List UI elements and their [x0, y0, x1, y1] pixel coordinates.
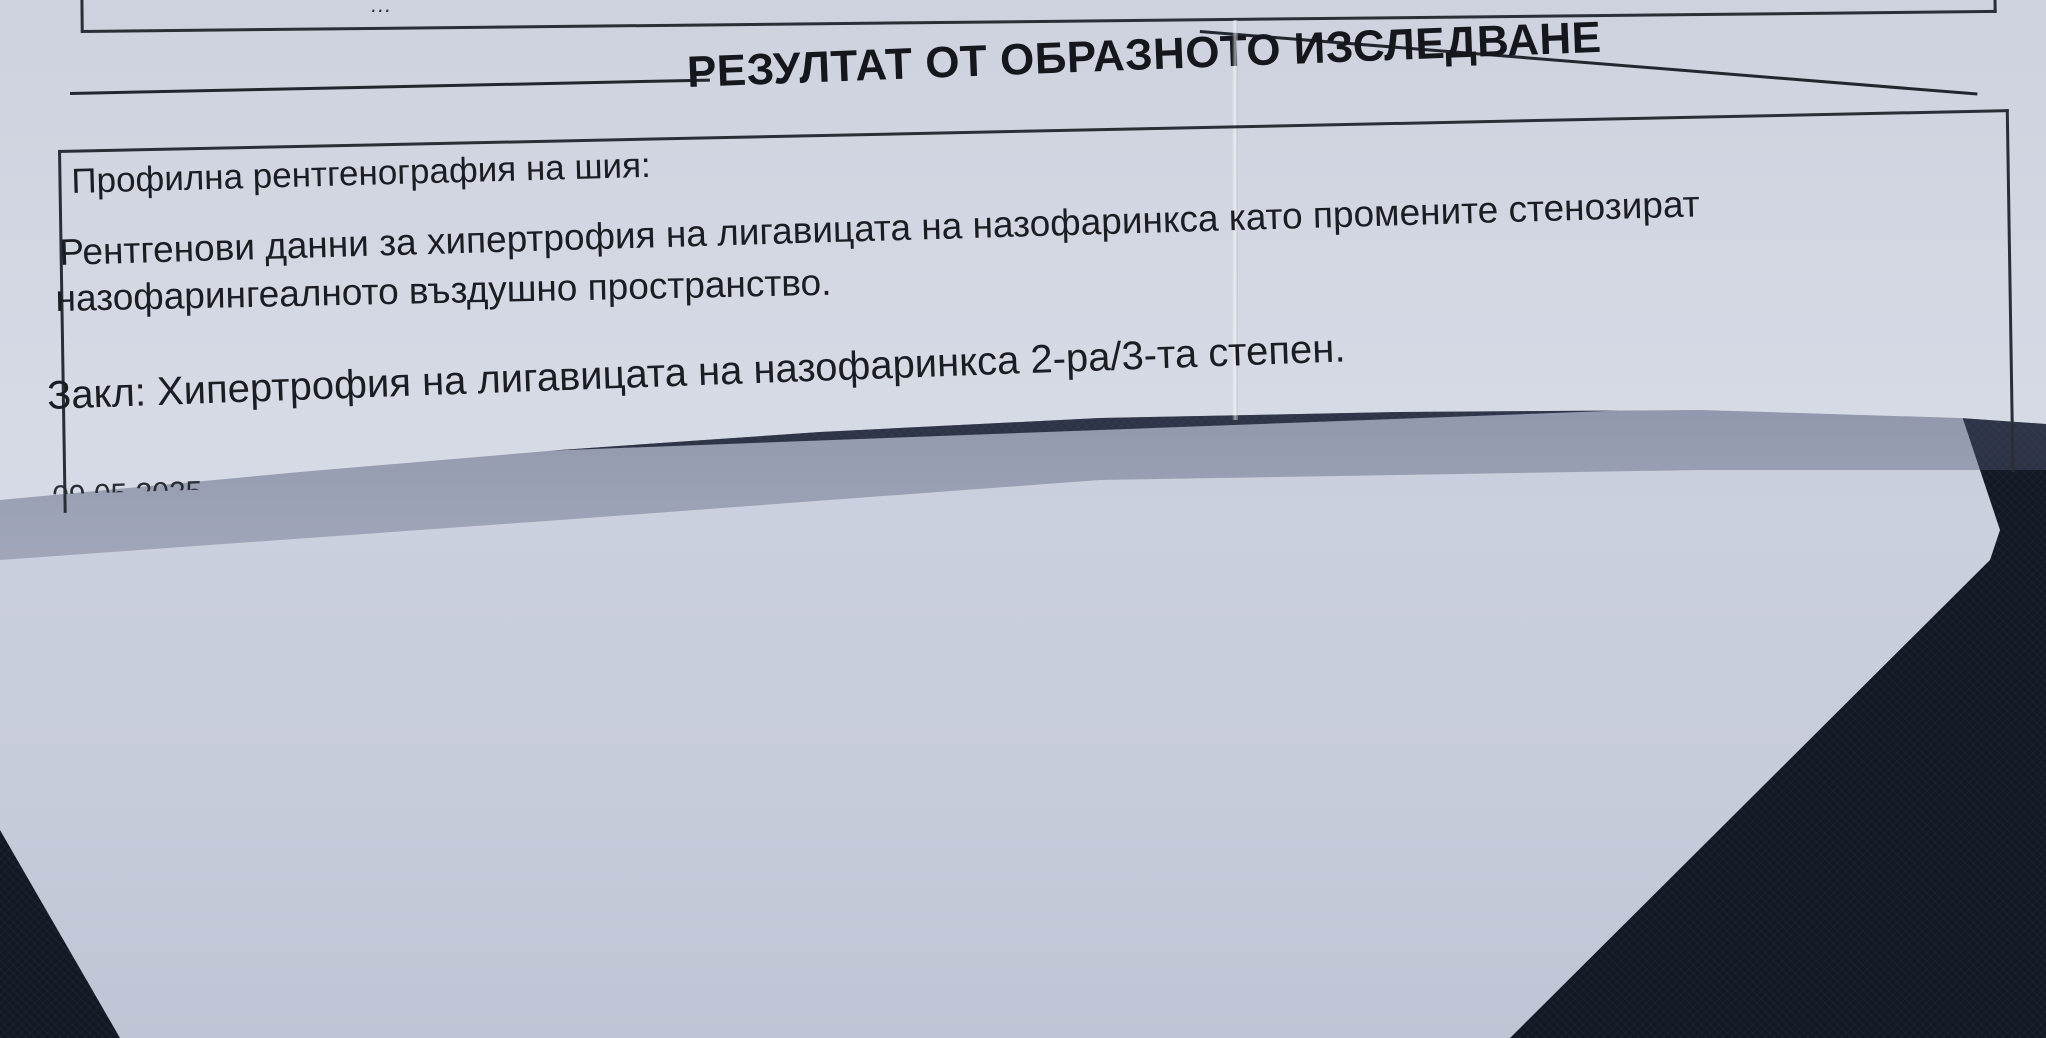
- previous-section-text: …: [370, 0, 392, 18]
- photo-scene: … РЕЗУЛТАТ ОТ ОБРАЗНОТО ИЗСЛЕДВАНЕ Профи…: [0, 0, 2046, 1038]
